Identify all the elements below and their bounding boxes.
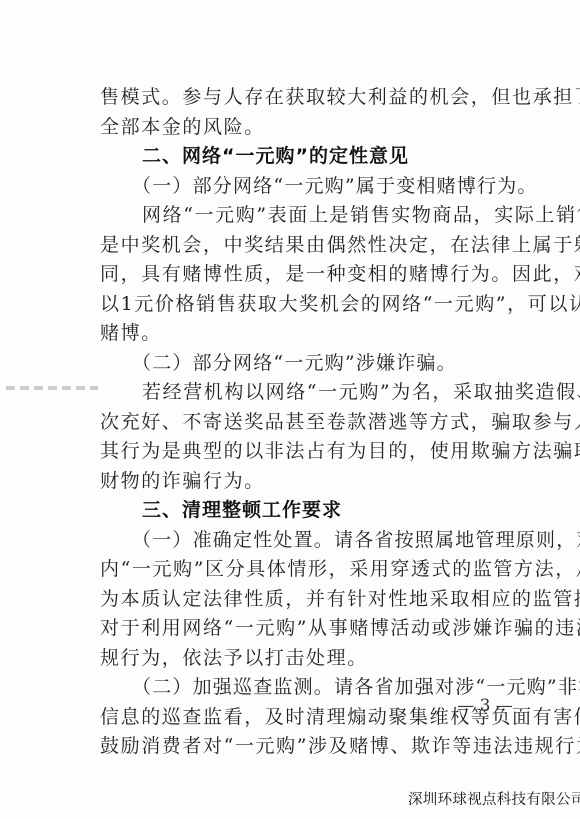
paragraph-line: 次充好、不寄送奖品甚至卷款潜逃等方式，骗取参与人钱财，	[100, 408, 490, 438]
document-body: 售模式。参与人存在获取较大利益的机会，但也承担了损失全部本金的风险。二、网络“一…	[100, 83, 490, 762]
paragraph-line: 售模式。参与人存在获取较大利益的机会，但也承担了损失	[100, 83, 490, 113]
page-number: — 3 —	[455, 696, 515, 716]
paragraph-line: 同，具有赌博性质，是一种变相的赌博行为。因此，对纯粹	[100, 260, 490, 290]
subsection-paragraph-line: （二）加强巡查监测。请各省加强对涉“一元购”非法	[100, 673, 490, 703]
subsection-paragraph-line: （一）准确定性处置。请各省按照属地管理原则，对辖	[100, 526, 490, 556]
paragraph-line: 全部本金的风险。	[100, 113, 490, 143]
subsection-heading: （二）部分网络“一元购”涉嫌诈骗。	[100, 349, 490, 379]
paragraph-line: 若经营机构以网络“一元购”为名，采取抽奖造假、以	[100, 378, 490, 408]
paragraph-line: 网络“一元购”表面上是销售实物商品，实际上销售的	[100, 201, 490, 231]
paragraph-line: 对于利用网络“一元购”从事赌博活动或涉嫌诈骗的违法违	[100, 614, 490, 644]
document-page: 售模式。参与人存在获取较大利益的机会，但也承担了损失全部本金的风险。二、网络“一…	[0, 0, 580, 819]
paragraph-line: 赌博。	[100, 319, 490, 349]
paragraph-line: 鼓励消费者对“一元购”涉及赌博、欺诈等违法违规行为进	[100, 732, 490, 762]
section-heading: 三、清理整顿工作要求	[100, 496, 490, 526]
scan-artifact-mark	[6, 386, 98, 390]
watermark-footer: 深圳环球视点科技有限公司	[408, 788, 578, 809]
section-heading: 二、网络“一元购”的定性意见	[100, 142, 490, 172]
paragraph-line: 信息的巡查监看，及时清理煽动聚集维权等负面有害信息。	[100, 703, 490, 733]
paragraph-line: 内“一元购”区分具体情形，采用穿透式的监管方法，从行	[100, 555, 490, 585]
paragraph-line: 其行为是典型的以非法占有为目的，使用欺骗方法骗取他人	[100, 437, 490, 467]
paragraph-line: 规行为，依法予以打击处理。	[100, 644, 490, 674]
paragraph-line: 为本质认定法律性质，并有针对性地采取相应的监管措施。	[100, 585, 490, 615]
paragraph-line: 以1元价格销售获取大奖机会的网络“一元购”，可以认定为	[100, 290, 490, 320]
paragraph-line: 是中奖机会，中奖结果由偶然性决定，在法律上属于射幸合	[100, 231, 490, 261]
subsection-heading: （一）部分网络“一元购”属于变相赌博行为。	[100, 172, 490, 202]
paragraph-line: 财物的诈骗行为。	[100, 467, 490, 497]
